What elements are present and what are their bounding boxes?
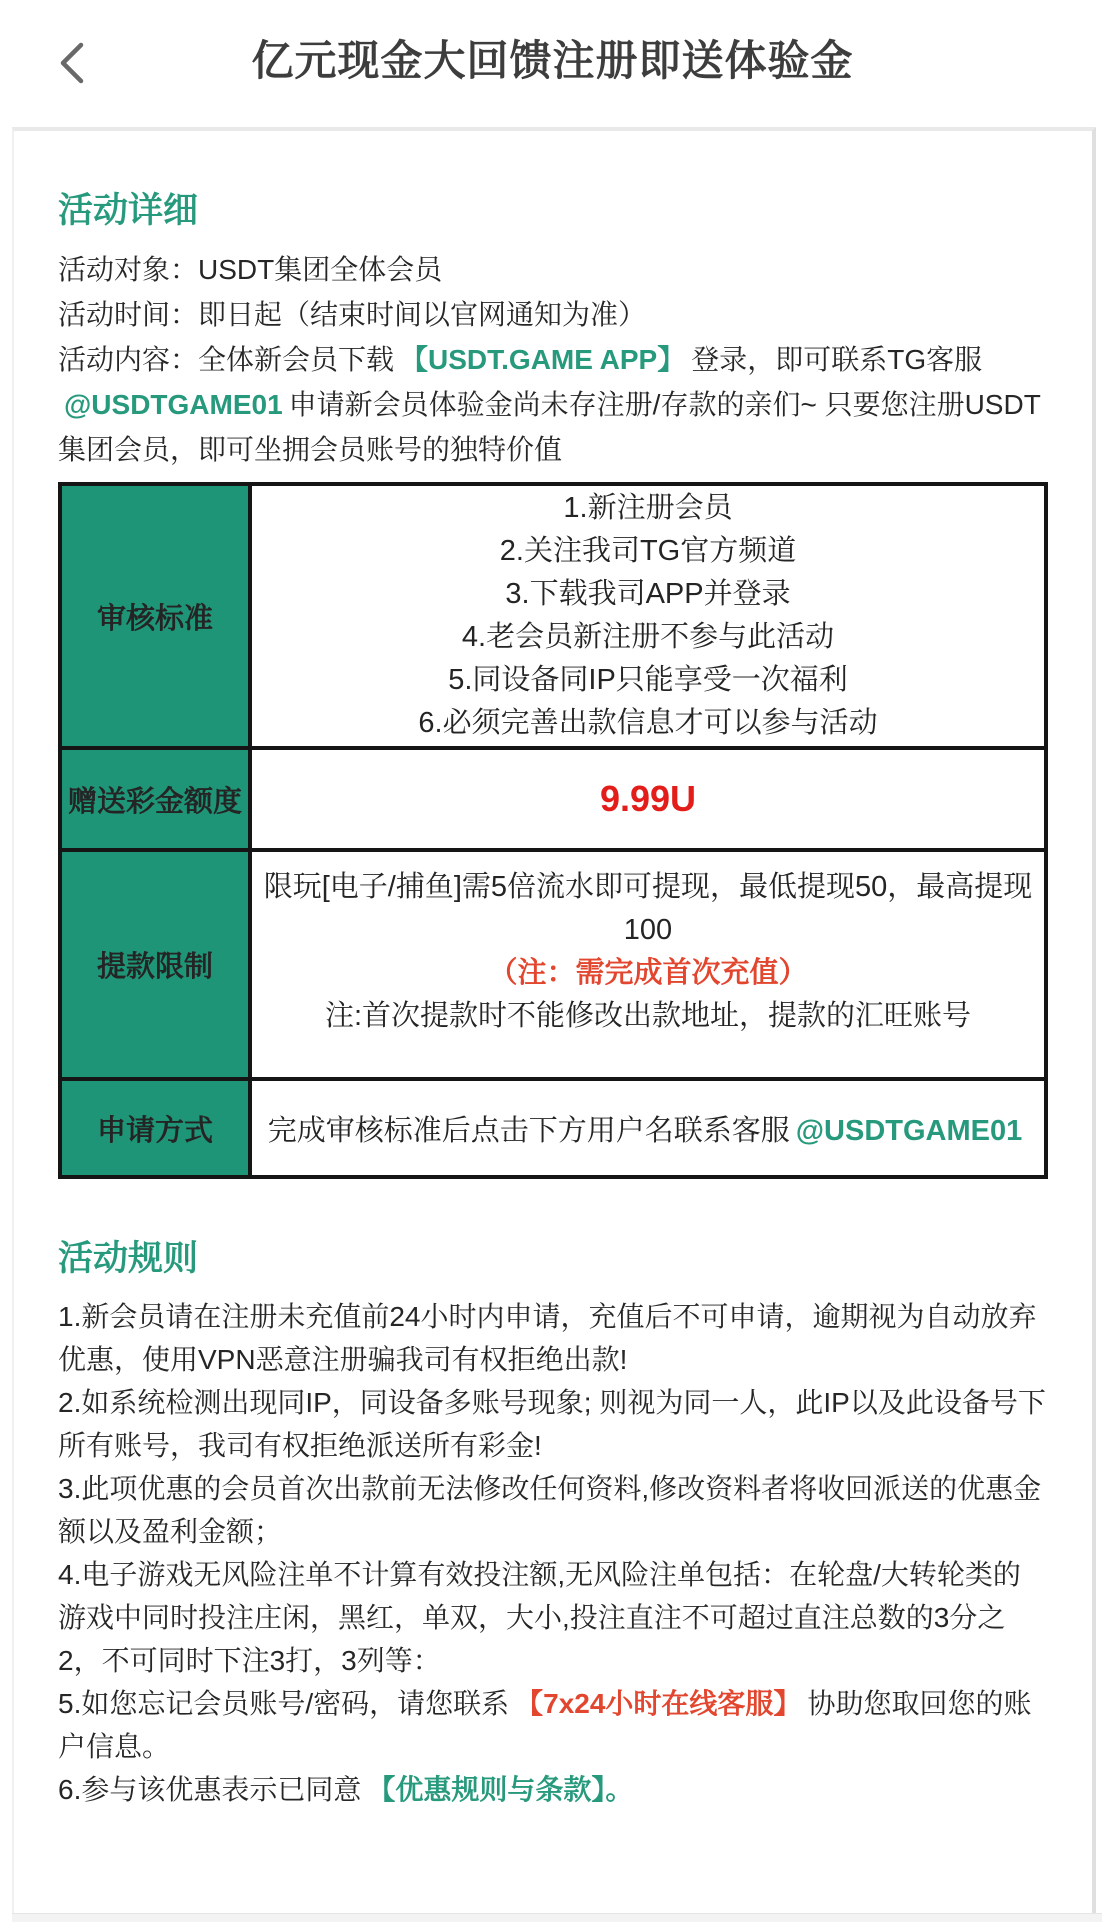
audit-line: 1.新注册会员	[253, 487, 1043, 530]
rule-item-3: 3.此项优惠的会员首次出款前无法修改任何资料,修改资料者将收回派送的优惠金额以及…	[58, 1467, 1048, 1553]
audit-content-cell: 1.新注册会员 2.关注我司TG官方频道 3.下载我司APP并登录 4.老会员新…	[250, 484, 1046, 748]
apply-label-cell: 申请方式	[60, 1079, 250, 1177]
rule6-before: 6.参与该优惠表示已同意	[58, 1774, 361, 1805]
withdraw-line1: 限玩[电子/捕鱼]需5倍流水即可提现，最低提现50，最高提现100	[253, 866, 1043, 952]
rule-item-2: 2.如系统检测出现同IP，同设备多账号现象; 则视为同一人，此IP以及此设备号下…	[58, 1381, 1048, 1467]
page-title: 亿元现金大回馈注册即送体验金	[0, 28, 1105, 88]
audit-label-cell: 审核标准	[60, 484, 250, 748]
audit-line: 4.老会员新注册不参与此活动	[253, 616, 1043, 659]
terms-link[interactable]: 【优惠规则与条款】。	[367, 1774, 633, 1805]
rule5-before: 5.如您忘记会员账号/密码，请您联系	[58, 1688, 509, 1719]
rule-item-4: 4.电子游戏无风险注单不计算有效投注额,无风险注单包括：在轮盘/大转轮类的游戏中…	[58, 1553, 1048, 1682]
app-name-highlight: 【USDT.GAME APP】	[400, 344, 685, 375]
table-row-bonus: 赠送彩金额度 9.99U	[60, 748, 1046, 850]
tg-handle-link[interactable]: @USDTGAME01	[64, 389, 283, 420]
audit-line: 3.下载我司APP并登录	[253, 573, 1043, 616]
rule-item-1: 1.新会员请在注册未充值前24小时内申请，充值后不可申请，逾期视为自动放弃优惠，…	[58, 1295, 1048, 1381]
details-content-mid: 登录，即可联系TG客服	[691, 344, 982, 375]
content-card: 活动详细 活动对象：USDT集团全体会员 活动时间：即日起（结束时间以官网通知为…	[12, 127, 1096, 1914]
bonus-content-cell: 9.99U	[250, 748, 1046, 850]
details-content-line: 活动内容：全体新会员下载【USDT.GAME APP】登录，即可联系TG客服@U…	[58, 337, 1048, 472]
apply-text: 完成审核标准后点击下方用户名联系客服	[268, 1115, 790, 1147]
rule-item-5: 5.如您忘记会员账号/密码，请您联系【7x24小时在线客服】协助您取回您的账户信…	[58, 1682, 1048, 1768]
withdraw-content-cell: 限玩[电子/捕鱼]需5倍流水即可提现，最低提现50，最高提现100 （注：需完成…	[250, 850, 1046, 1079]
header-bar: 亿元现金大回馈注册即送体验金	[0, 0, 1105, 127]
table-row-withdraw: 提款限制 限玩[电子/捕鱼]需5倍流水即可提现，最低提现50，最高提现100 （…	[60, 850, 1046, 1079]
customer-service-link[interactable]: 【7x24小时在线客服】	[515, 1688, 801, 1719]
withdraw-line2: 注:首次提款时不能修改出款地址，提款的汇旺账号	[253, 995, 1043, 1038]
details-target-line: 活动对象：USDT集团全体会员	[58, 247, 1048, 292]
apply-handle-link[interactable]: @USDTGAME01	[796, 1115, 1022, 1147]
table-row-audit: 审核标准 1.新注册会员 2.关注我司TG官方频道 3.下载我司APP并登录 4…	[60, 484, 1046, 748]
withdraw-label-cell: 提款限制	[60, 850, 250, 1079]
details-time-line: 活动时间：即日起（结束时间以官网通知为准）	[58, 292, 1048, 337]
details-heading: 活动详细	[58, 183, 1048, 233]
bonus-label-cell: 赠送彩金额度	[60, 748, 250, 850]
withdraw-note: （注：需完成首次充值）	[253, 952, 1043, 995]
bottom-bar	[12, 1913, 1102, 1922]
details-content-prefix: 活动内容：全体新会员下载	[58, 344, 394, 375]
audit-line: 6.必须完善出款信息才可以参与活动	[253, 702, 1043, 745]
apply-content-cell: 完成审核标准后点击下方用户名联系客服@USDTGAME01	[250, 1079, 1046, 1177]
audit-line: 5.同设备同IP只能享受一次福利	[253, 659, 1043, 702]
promo-table: 审核标准 1.新注册会员 2.关注我司TG官方频道 3.下载我司APP并登录 4…	[58, 482, 1048, 1179]
rule-item-6: 6.参与该优惠表示已同意【优惠规则与条款】。	[58, 1768, 1048, 1811]
audit-line: 2.关注我司TG官方频道	[253, 530, 1043, 573]
bonus-amount: 9.99U	[600, 778, 696, 819]
rules-heading: 活动规则	[58, 1231, 1048, 1281]
table-row-apply: 申请方式 完成审核标准后点击下方用户名联系客服@USDTGAME01	[60, 1079, 1046, 1177]
